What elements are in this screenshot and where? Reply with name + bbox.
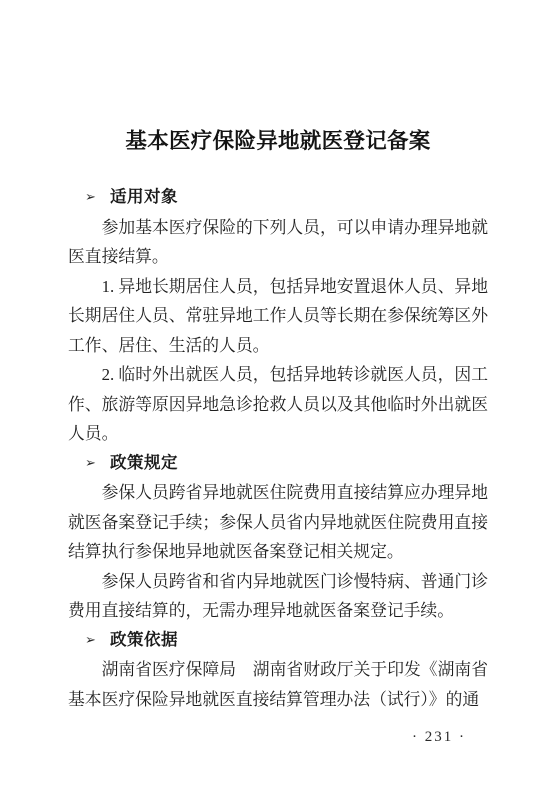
arrow-bullet-icon: ➢ — [85, 448, 110, 478]
document-content: 基本医疗保险异地就医登记备案 ➢适用对象 参加基本医疗保险的下列人员，可以申请办… — [68, 126, 488, 714]
section-heading-text: 适用对象 — [110, 188, 178, 206]
section-heading-policy-basis: ➢政策依据 — [68, 626, 488, 656]
page-number: · 231 · — [412, 729, 466, 746]
section-heading-applicable-persons: ➢适用对象 — [68, 183, 488, 213]
section-policy-basis: ➢政策依据 湖南省医疗保障局 湖南省财政厅关于印发《湖南省基本医疗保险异地就医直… — [68, 626, 488, 715]
page-title: 基本医疗保险异地就医登记备案 — [68, 126, 488, 156]
paragraph: 参保人员跨省异地就医住院费用直接结算应办理异地就医备案登记手续；参保人员省内异地… — [68, 478, 488, 567]
paragraph: 湖南省医疗保障局 湖南省财政厅关于印发《湖南省基本医疗保险异地就医直接结算管理办… — [68, 655, 488, 714]
paragraph: 1. 异地长期居住人员，包括异地安置退休人员、异地长期居住人员、常驻异地工作人员… — [68, 272, 488, 361]
section-policy-provisions: ➢政策规定 参保人员跨省异地就医住院费用直接结算应办理异地就医备案登记手续；参保… — [68, 449, 488, 626]
section-heading-text: 政策依据 — [110, 631, 178, 649]
section-applicable-persons: ➢适用对象 参加基本医疗保险的下列人员，可以申请办理异地就医直接结算。 1. 异… — [68, 183, 488, 449]
arrow-bullet-icon: ➢ — [85, 182, 110, 212]
arrow-bullet-icon: ➢ — [85, 625, 110, 655]
paragraph: 参加基本医疗保险的下列人员，可以申请办理异地就医直接结算。 — [68, 213, 488, 272]
paragraph: 参保人员跨省和省内异地就医门诊慢特病、普通门诊费用直接结算的，无需办理异地就医备… — [68, 567, 488, 626]
section-heading-policy-provisions: ➢政策规定 — [68, 449, 488, 479]
section-heading-text: 政策规定 — [110, 454, 178, 472]
paragraph: 2. 临时外出就医人员，包括异地转诊就医人员，因工作、旅游等原因异地急诊抢救人员… — [68, 360, 488, 449]
document-page: 基本医疗保险异地就医登记备案 ➢适用对象 参加基本医疗保险的下列人员，可以申请办… — [0, 0, 559, 793]
